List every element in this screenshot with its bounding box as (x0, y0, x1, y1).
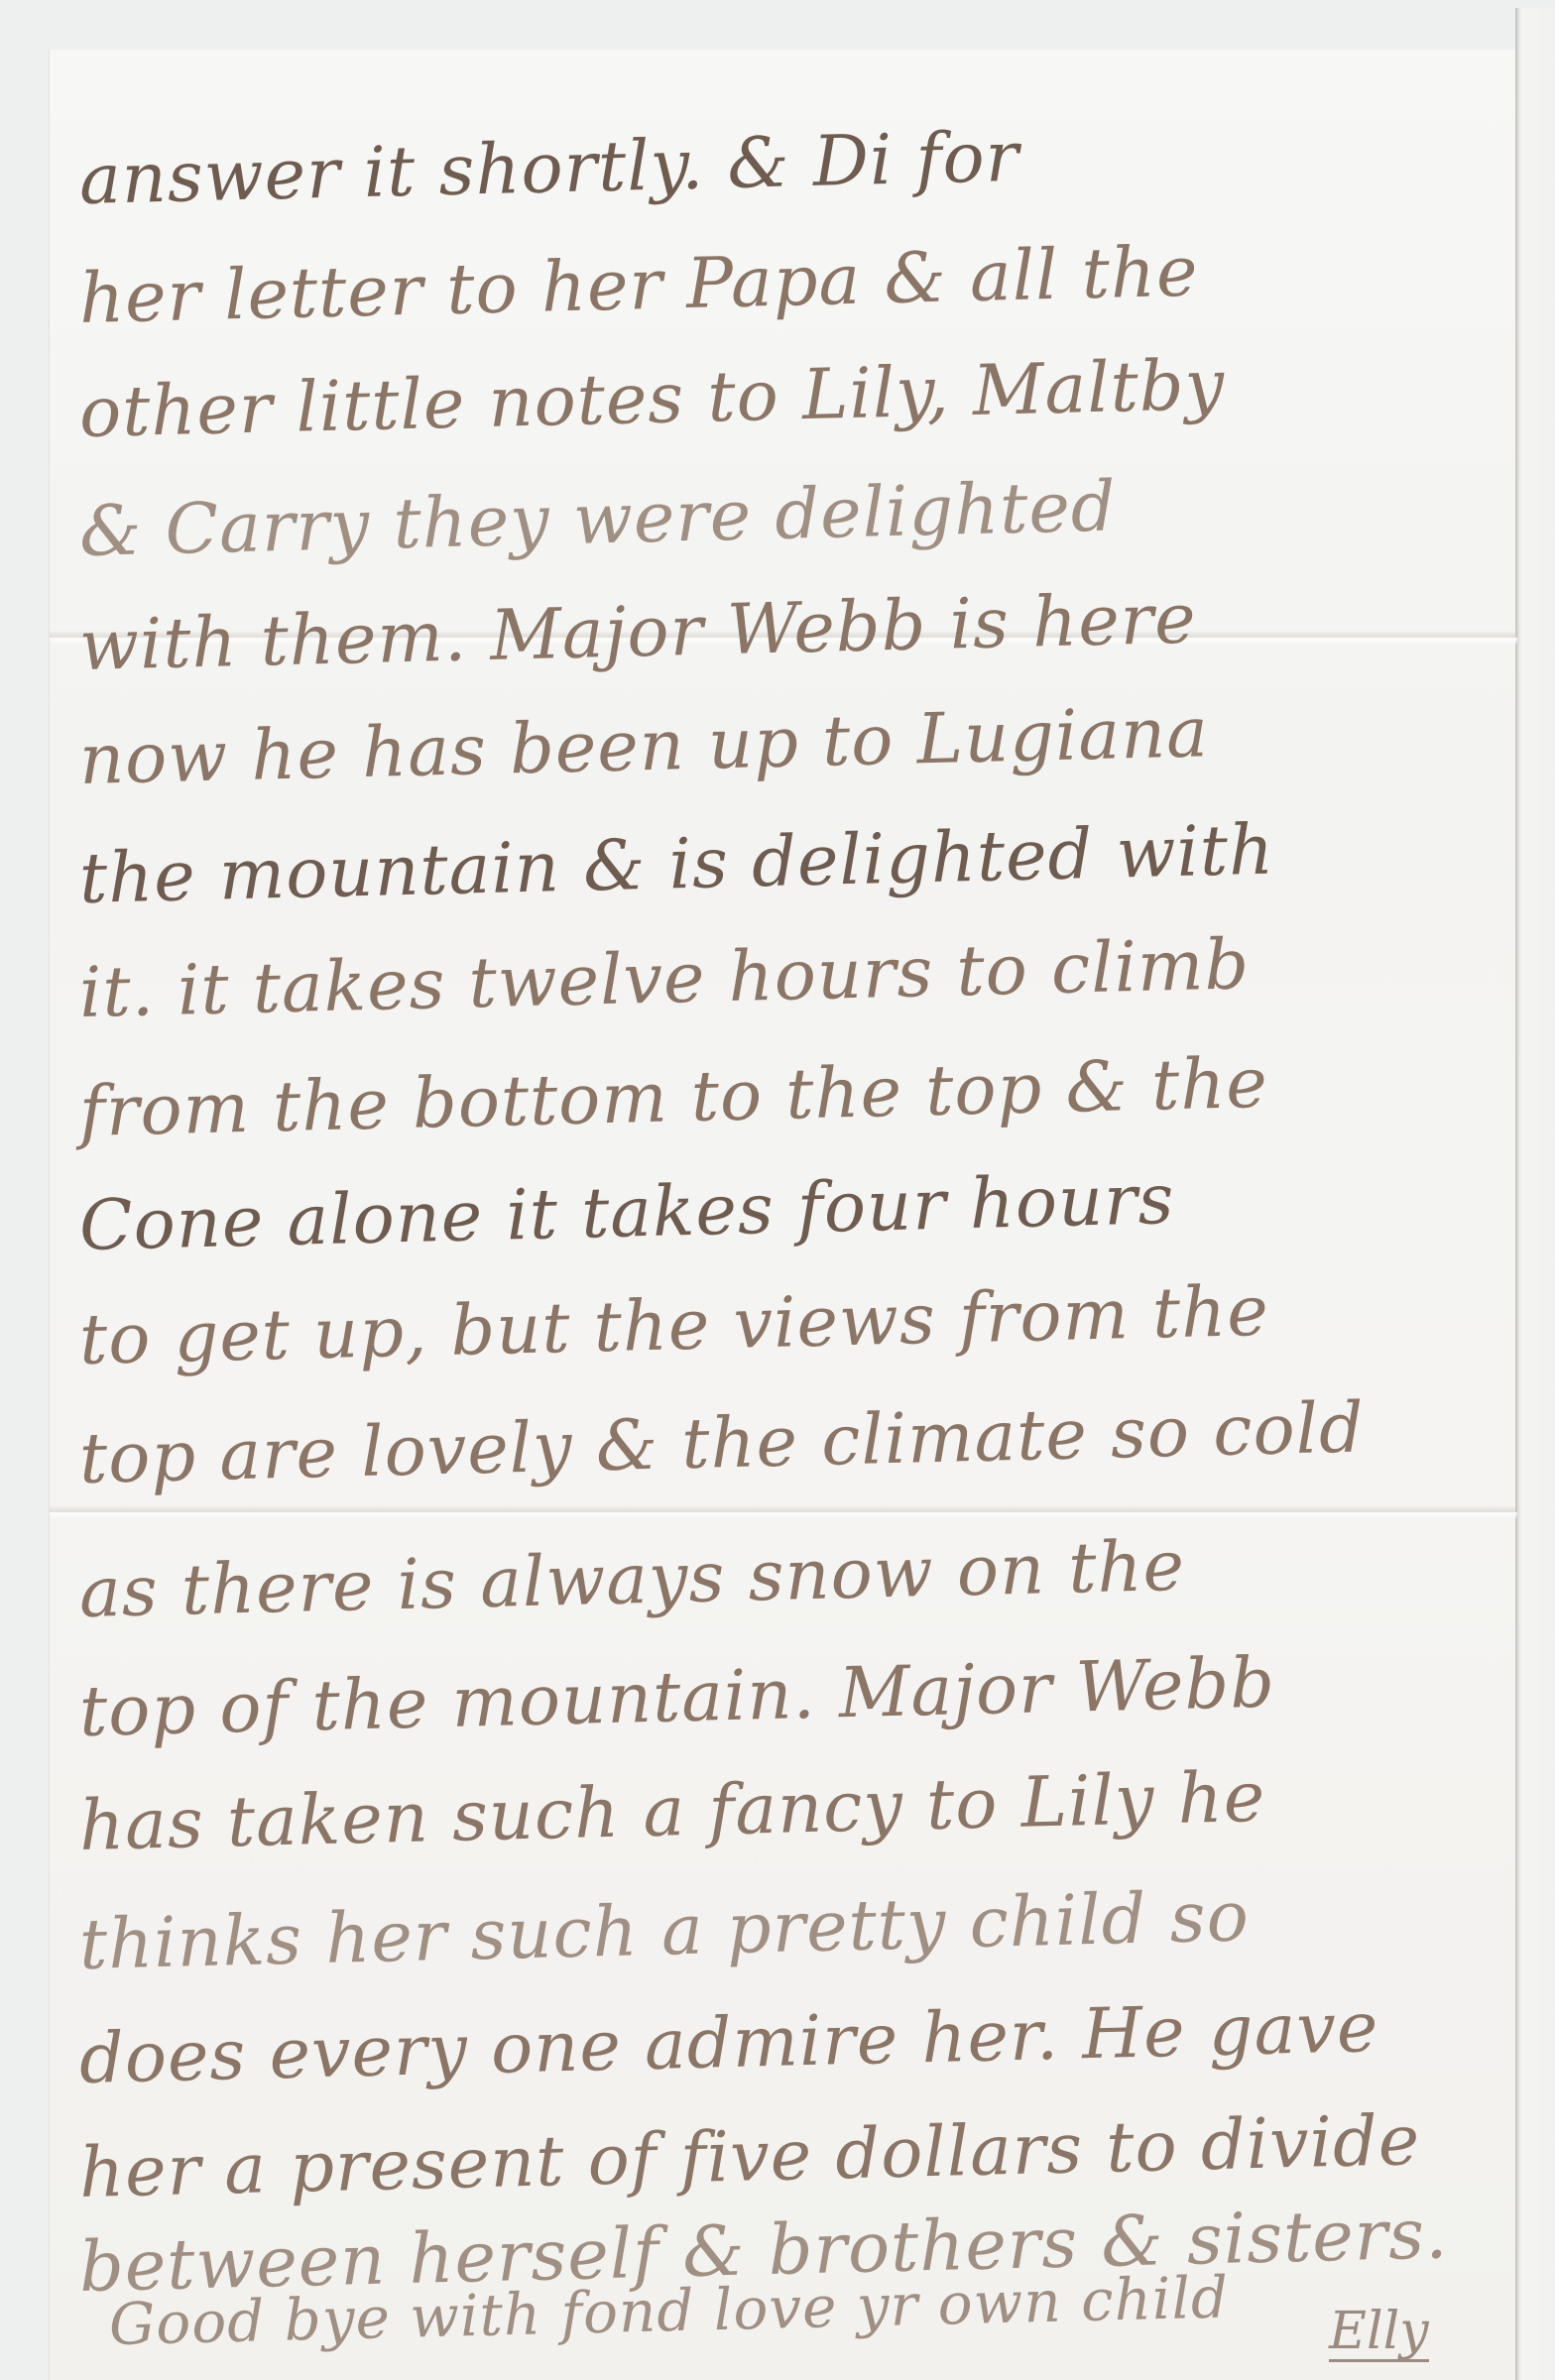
fold-crease-lower (50, 1505, 1517, 1519)
paper-fold-edge (1515, 8, 1555, 2380)
scanned-letter: answer it shortly. & Di for her letter t… (0, 0, 1555, 2380)
signature: Elly (1329, 2306, 1429, 2362)
